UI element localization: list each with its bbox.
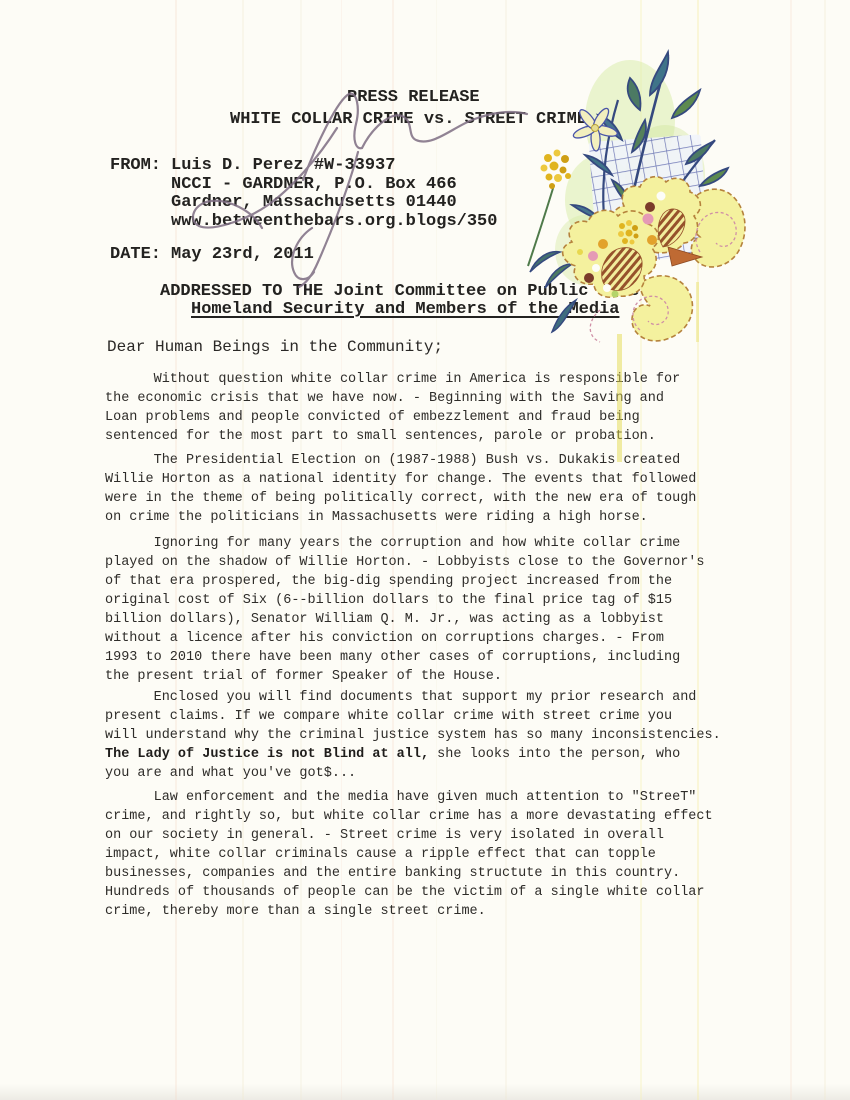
addressed-to-block: ADDRESSED TO THE Joint Committee on Publ…: [160, 283, 660, 319]
salutation: Dear Human Beings in the Community;: [107, 338, 443, 356]
subtitle-white-collar-vs-street: WHITE COLLAR CRIME vs. STREET CRIME: [230, 110, 587, 129]
lady-of-justice-bold-text: The Lady of Justice is not Blind at all,: [105, 747, 429, 762]
butterfly-right-wing: [688, 189, 745, 267]
yellow-flower-cluster-small: [618, 220, 639, 245]
sender-name: Luis D. Perez #W-33937: [171, 156, 395, 175]
paragraph-economic-crisis: Without question white collar crime in A…: [105, 370, 795, 446]
yellow-drip-small: [696, 282, 699, 342]
paragraph-corruption-big-dig: Ignoring for many years the corruption a…: [105, 534, 795, 686]
from-line-name: FROM:Luis D. Perez #W-33937: [110, 157, 497, 176]
yellow-flower-cluster: [541, 150, 572, 190]
date-value: May 23rd, 2011: [171, 245, 314, 264]
paragraph-law-enforcement: Law enforcement and the media have given…: [105, 788, 795, 921]
sender-facility: NCCI - GARDNER, P.O. Box 466: [171, 176, 497, 195]
butterfly-body-triangle: [668, 247, 702, 266]
striped-heart-motifs: [602, 209, 685, 291]
from-label: FROM:: [110, 156, 161, 175]
scanned-letter-page: PRESS RELEASE WHITE COLLAR CRIME vs. STR…: [0, 0, 850, 1100]
paragraph-presidential-election: The Presidential Election on (1987-1988)…: [105, 451, 795, 527]
date-block: DATE:May 23rd, 2011: [110, 245, 314, 264]
stitch-swirls: [590, 212, 736, 342]
addressed-line-1: ADDRESSED TO THE Joint Committee on Publ…: [160, 283, 660, 301]
butterfly-upper-wing: [613, 177, 700, 253]
watercolor-green-wash: [555, 60, 705, 285]
sender-city: Gardner, Massachusetts 01440: [171, 194, 497, 213]
addressed-line-2-underlined: Homeland Security and Members of the Med…: [191, 301, 660, 319]
sender-url: www.betweenthebars.org.blogs/350: [171, 213, 497, 232]
from-address-block: FROM:Luis D. Perez #W-33937 NCCI - GARDN…: [110, 157, 497, 231]
date-label: DATE:: [110, 245, 161, 264]
paragraph-4-pre: Enclosed you will find documents that su…: [105, 690, 721, 743]
paragraph-enclosed-documents: Enclosed you will find documents that su…: [105, 688, 795, 783]
press-release-title: PRESS RELEASE: [347, 88, 480, 107]
plaid-grid-patch: [589, 134, 709, 264]
